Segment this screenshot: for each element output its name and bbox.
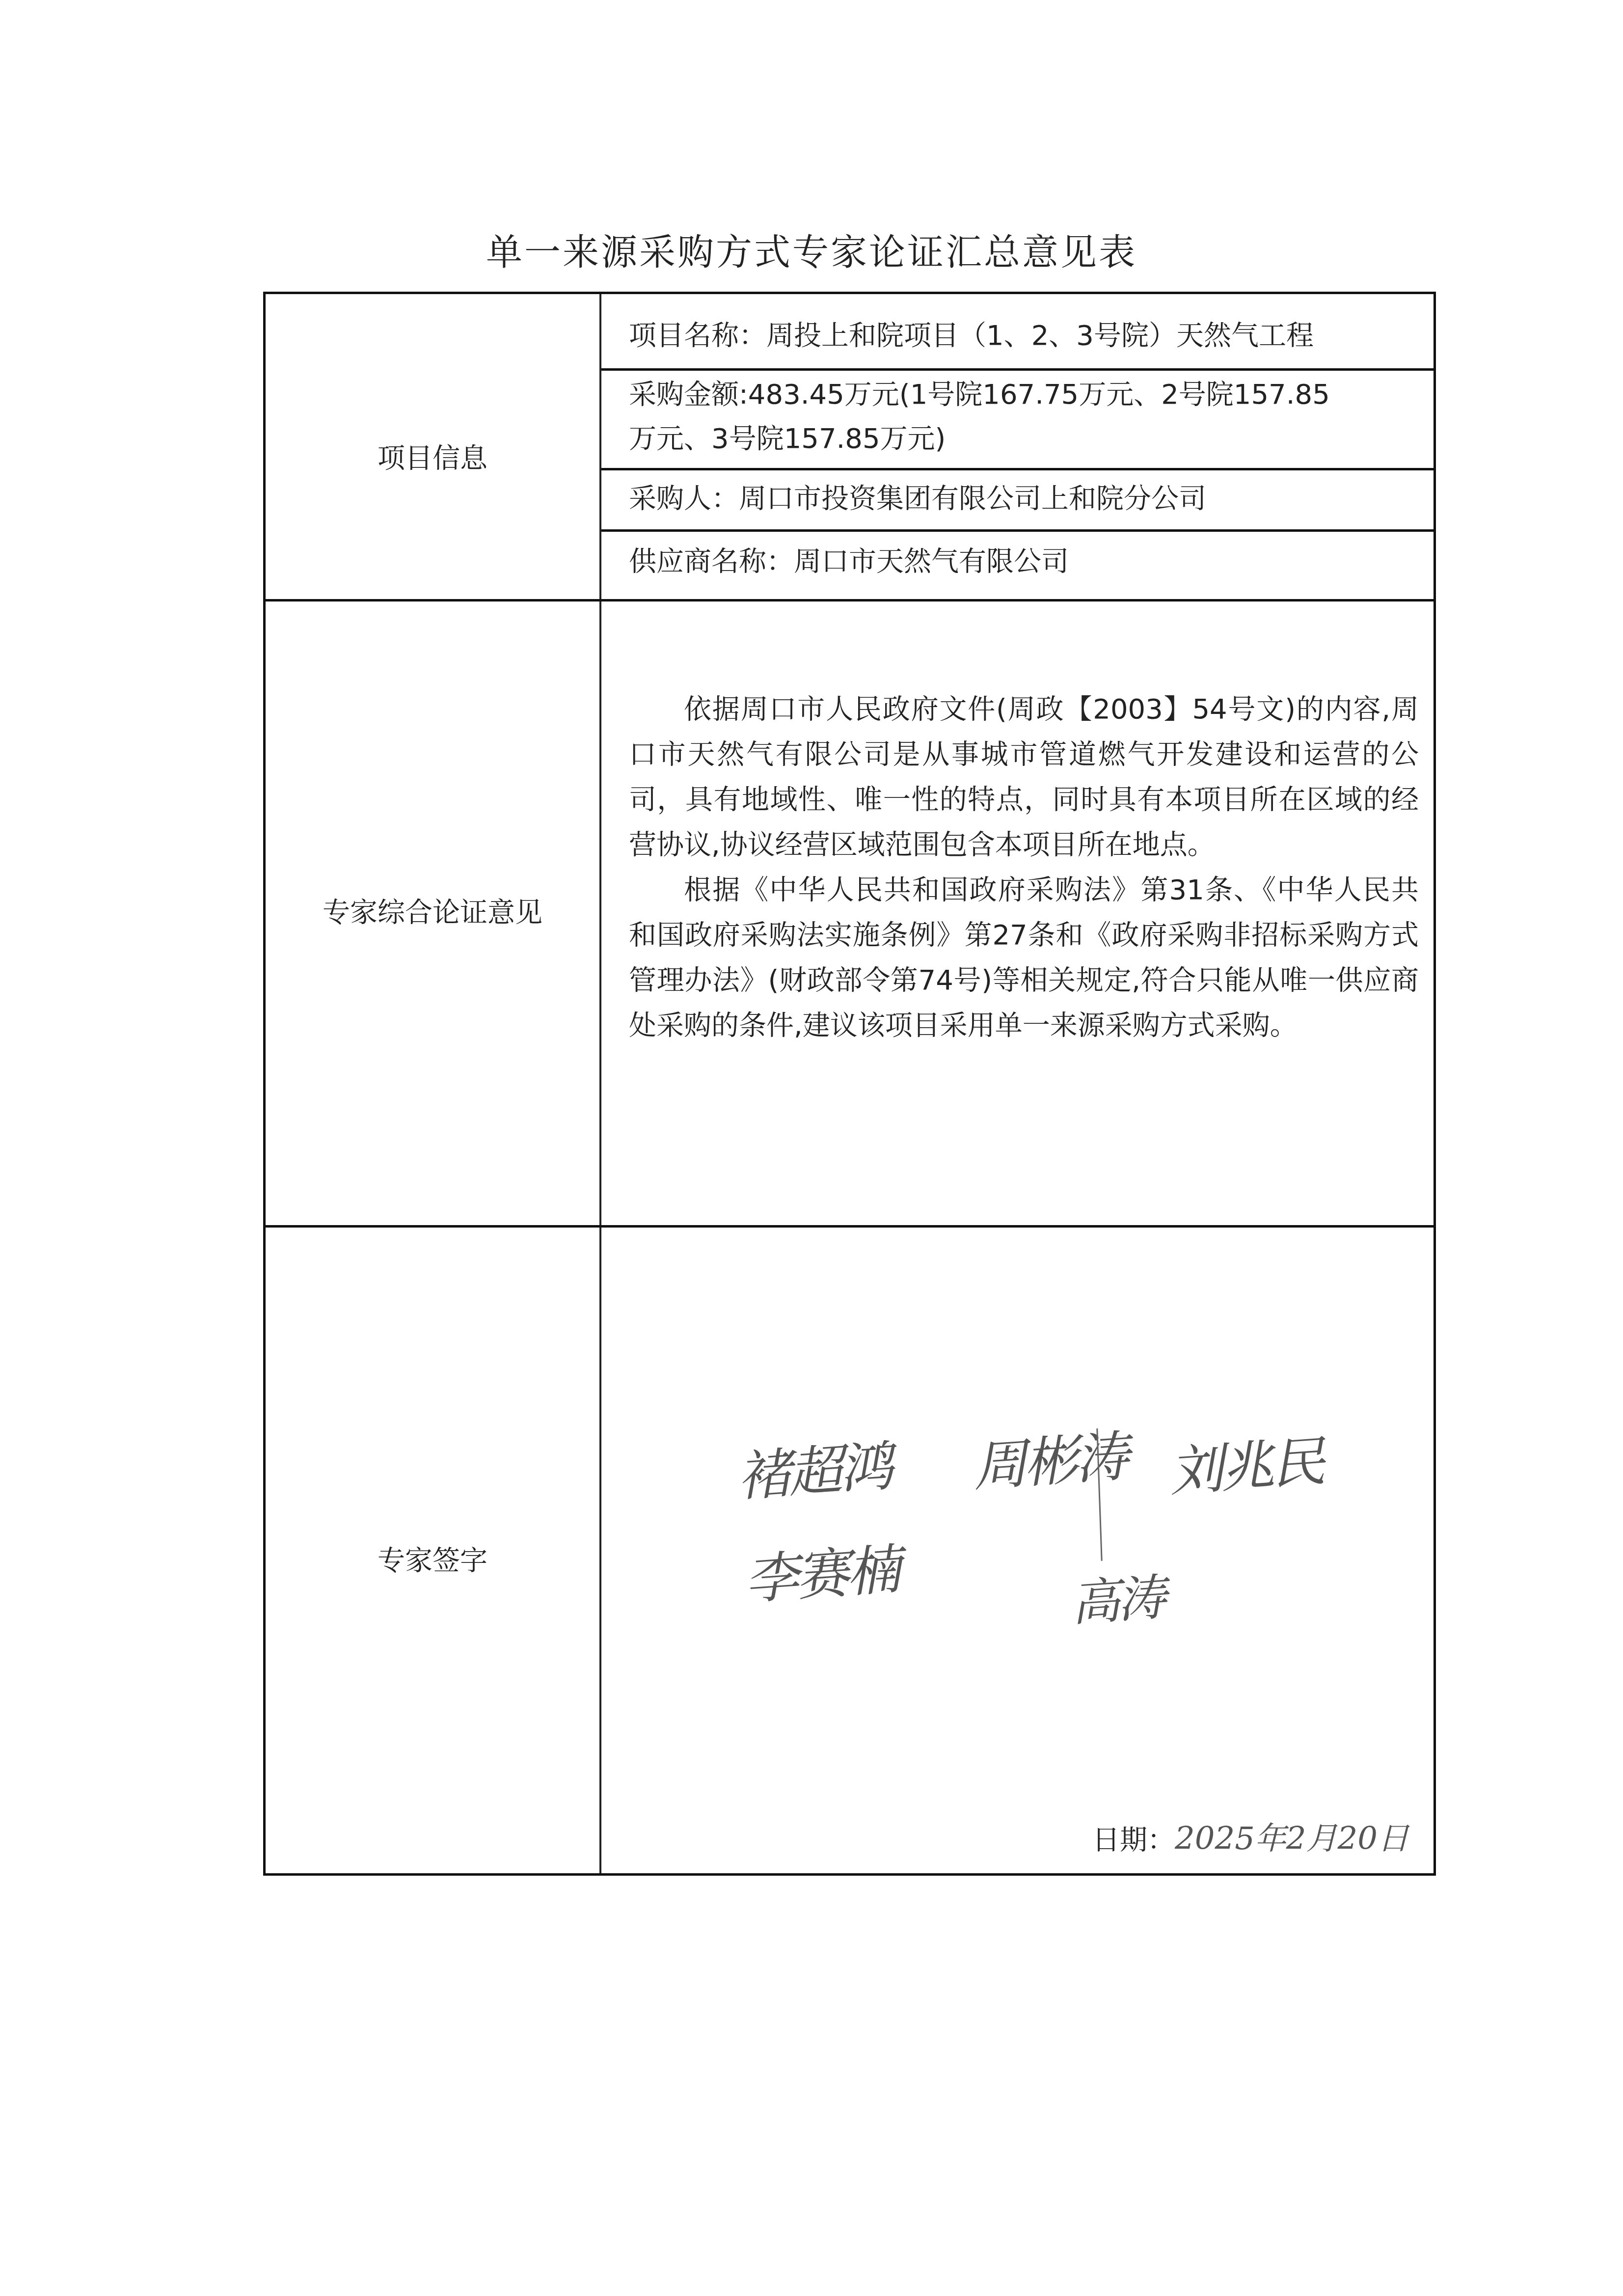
row-divider: [601, 468, 1434, 470]
supplier-name: 供应商名称：周口市天然气有限公司: [629, 540, 1419, 584]
opinion-table: 项目信息 项目名称：周投上和院项目（1、2、3号院）天然气工程 采购金额:483…: [263, 292, 1436, 1876]
signature-2: 周彬涛: [970, 1413, 1128, 1501]
signature-1: 褚超鸿: [734, 1423, 893, 1511]
label-expert-signatures: 专家签字: [266, 1539, 599, 1578]
opinion-paragraph-1: 依据周口市人民政府文件(周政【2003】54号文)的内容,周口市天然气有限公司是…: [629, 687, 1419, 868]
section-divider: [266, 599, 1434, 601]
signature-5: 高涛: [1068, 1558, 1165, 1635]
signature-3: 刘兆民: [1166, 1418, 1325, 1506]
project-name: 项目名称：周投上和院项目（1、2、3号院）天然气工程: [629, 304, 1419, 368]
date-label: 日期：: [1092, 1824, 1175, 1856]
opinion-paragraph-2: 根据《中华人民共和国政府采购法》第31条、《中华人民共和国政府采购法实施条例》第…: [629, 868, 1419, 1048]
document-title: 单一来源采购方式专家论证汇总意见表: [0, 223, 1623, 275]
label-expert-opinion: 专家综合论证意见: [266, 891, 599, 930]
purchaser: 采购人：周口市投资集团有限公司上和院分公司: [629, 477, 1419, 521]
label-project-info: 项目信息: [266, 437, 599, 476]
signature-4: 李赛楠: [742, 1526, 900, 1614]
row-divider: [601, 368, 1434, 371]
date-line: 日期：2025年2月20日: [1092, 1813, 1409, 1859]
procurement-amount: 采购金额:483.45万元(1号院167.75万元、2号院157.85 万元、3…: [629, 373, 1419, 461]
expert-opinion-text: 依据周口市人民政府文件(周政【2003】54号文)的内容,周口市天然气有限公司是…: [629, 687, 1419, 1048]
row-divider: [601, 529, 1434, 532]
amount-line-1: 采购金额:483.45万元(1号院167.75万元、2号院157.85: [629, 373, 1419, 417]
date-value: 2025年2月20日: [1175, 1821, 1409, 1857]
section-divider: [266, 1225, 1434, 1228]
amount-line-2: 万元、3号院157.85万元): [629, 417, 1419, 461]
